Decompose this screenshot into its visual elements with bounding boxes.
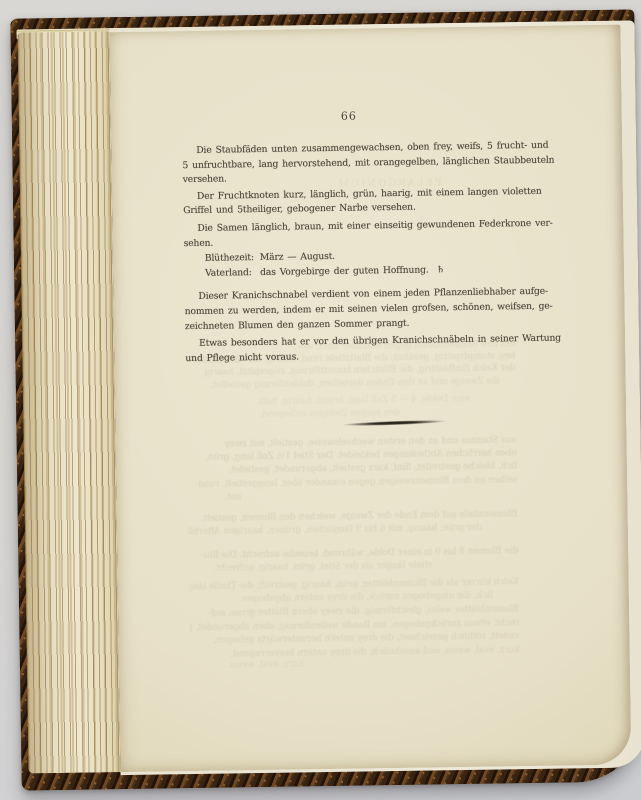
ghost-line: die Blumen 8 bis 9 in einer Dolde, währe… bbox=[198, 545, 518, 562]
text-block: 66 Die Staubfäden unten zusammengewachse… bbox=[182, 107, 520, 366]
paragraph: Dieser Kranichschnabel verdient von eine… bbox=[184, 286, 519, 335]
page-number: 66 bbox=[182, 107, 516, 128]
ghost-line: lich, die umgebogen zurück, die drey unt… bbox=[203, 590, 493, 606]
ghost-line: eine Dolde, 4 — 5 Zoll lang, braun, haar… bbox=[230, 393, 470, 409]
ghost-line: kurz, oval, weiss. bbox=[190, 658, 304, 672]
line-value: das Vorgebirge der guten Hoffnung. ♄ bbox=[260, 264, 445, 278]
ghost-line: oben herrlichen Abtheilungen bekleidet. … bbox=[187, 447, 517, 464]
ghost-line: kurz, oval, weiss, und ansehnlich; die d… bbox=[190, 644, 520, 661]
line-label: Vaterland: bbox=[205, 266, 260, 281]
ghost-line: Kelch kürzer als die Blumenblätter, grün… bbox=[189, 576, 519, 593]
paragraph: Die Samen länglich, braun, mit einer ein… bbox=[183, 217, 517, 251]
ghost-line: den jungen Zweigen anliegend, bbox=[186, 407, 400, 422]
separator-rule bbox=[337, 419, 451, 427]
ghost-line: violett, röthlich gezeichnet; die drey u… bbox=[189, 630, 519, 647]
ghost-line: lich, bleiche gestreifet; fünf, kurz ges… bbox=[187, 460, 517, 477]
ghost-line: selben an dem Blumenzweigen gegen einand… bbox=[187, 474, 517, 491]
ghost-line: recht, etwas zurückgebogen, am Rande wel… bbox=[189, 617, 519, 634]
ghost-line: stiele länger als der Stiel, grün, haari… bbox=[188, 559, 432, 575]
fore-edge-page-stack bbox=[18, 31, 121, 773]
paragraph: Die Staubfäden unten zusammengewachsen, … bbox=[182, 139, 517, 188]
ghost-line: Blumenblätter weiss, gleichförmig, die z… bbox=[189, 603, 519, 620]
book: mit den Blumenstielen gegen einander übe… bbox=[10, 9, 641, 790]
line-label: Blüthezeit: bbox=[205, 251, 260, 266]
paragraph: Der Fruchtknoten kurz, länglich, grün, h… bbox=[183, 185, 517, 219]
ghost-line: die Zweige und an den Enden derselben, d… bbox=[186, 375, 500, 392]
paragraph: Blüthezeit:März — August.Vaterland:das V… bbox=[184, 247, 518, 281]
photo-backdrop: { "page": { "number": "66", "paragraphs"… bbox=[0, 0, 641, 800]
paragraph: Etwas besonders hat er vor den übrigen K… bbox=[185, 332, 519, 366]
ghost-line: der grün, haarig, mit 6 bis 9 länglichen… bbox=[188, 522, 482, 538]
ghost-line: ent. bbox=[187, 491, 241, 504]
ghost-line: Blumenstiele auf dem Ende der Zweige, we… bbox=[188, 508, 518, 525]
recto-page: mit den Blumenstielen gegen einander übe… bbox=[110, 25, 632, 772]
ghost-line: aus Stamme und an den ersten wechselswei… bbox=[187, 434, 517, 451]
line-value: März — August. bbox=[260, 251, 335, 263]
